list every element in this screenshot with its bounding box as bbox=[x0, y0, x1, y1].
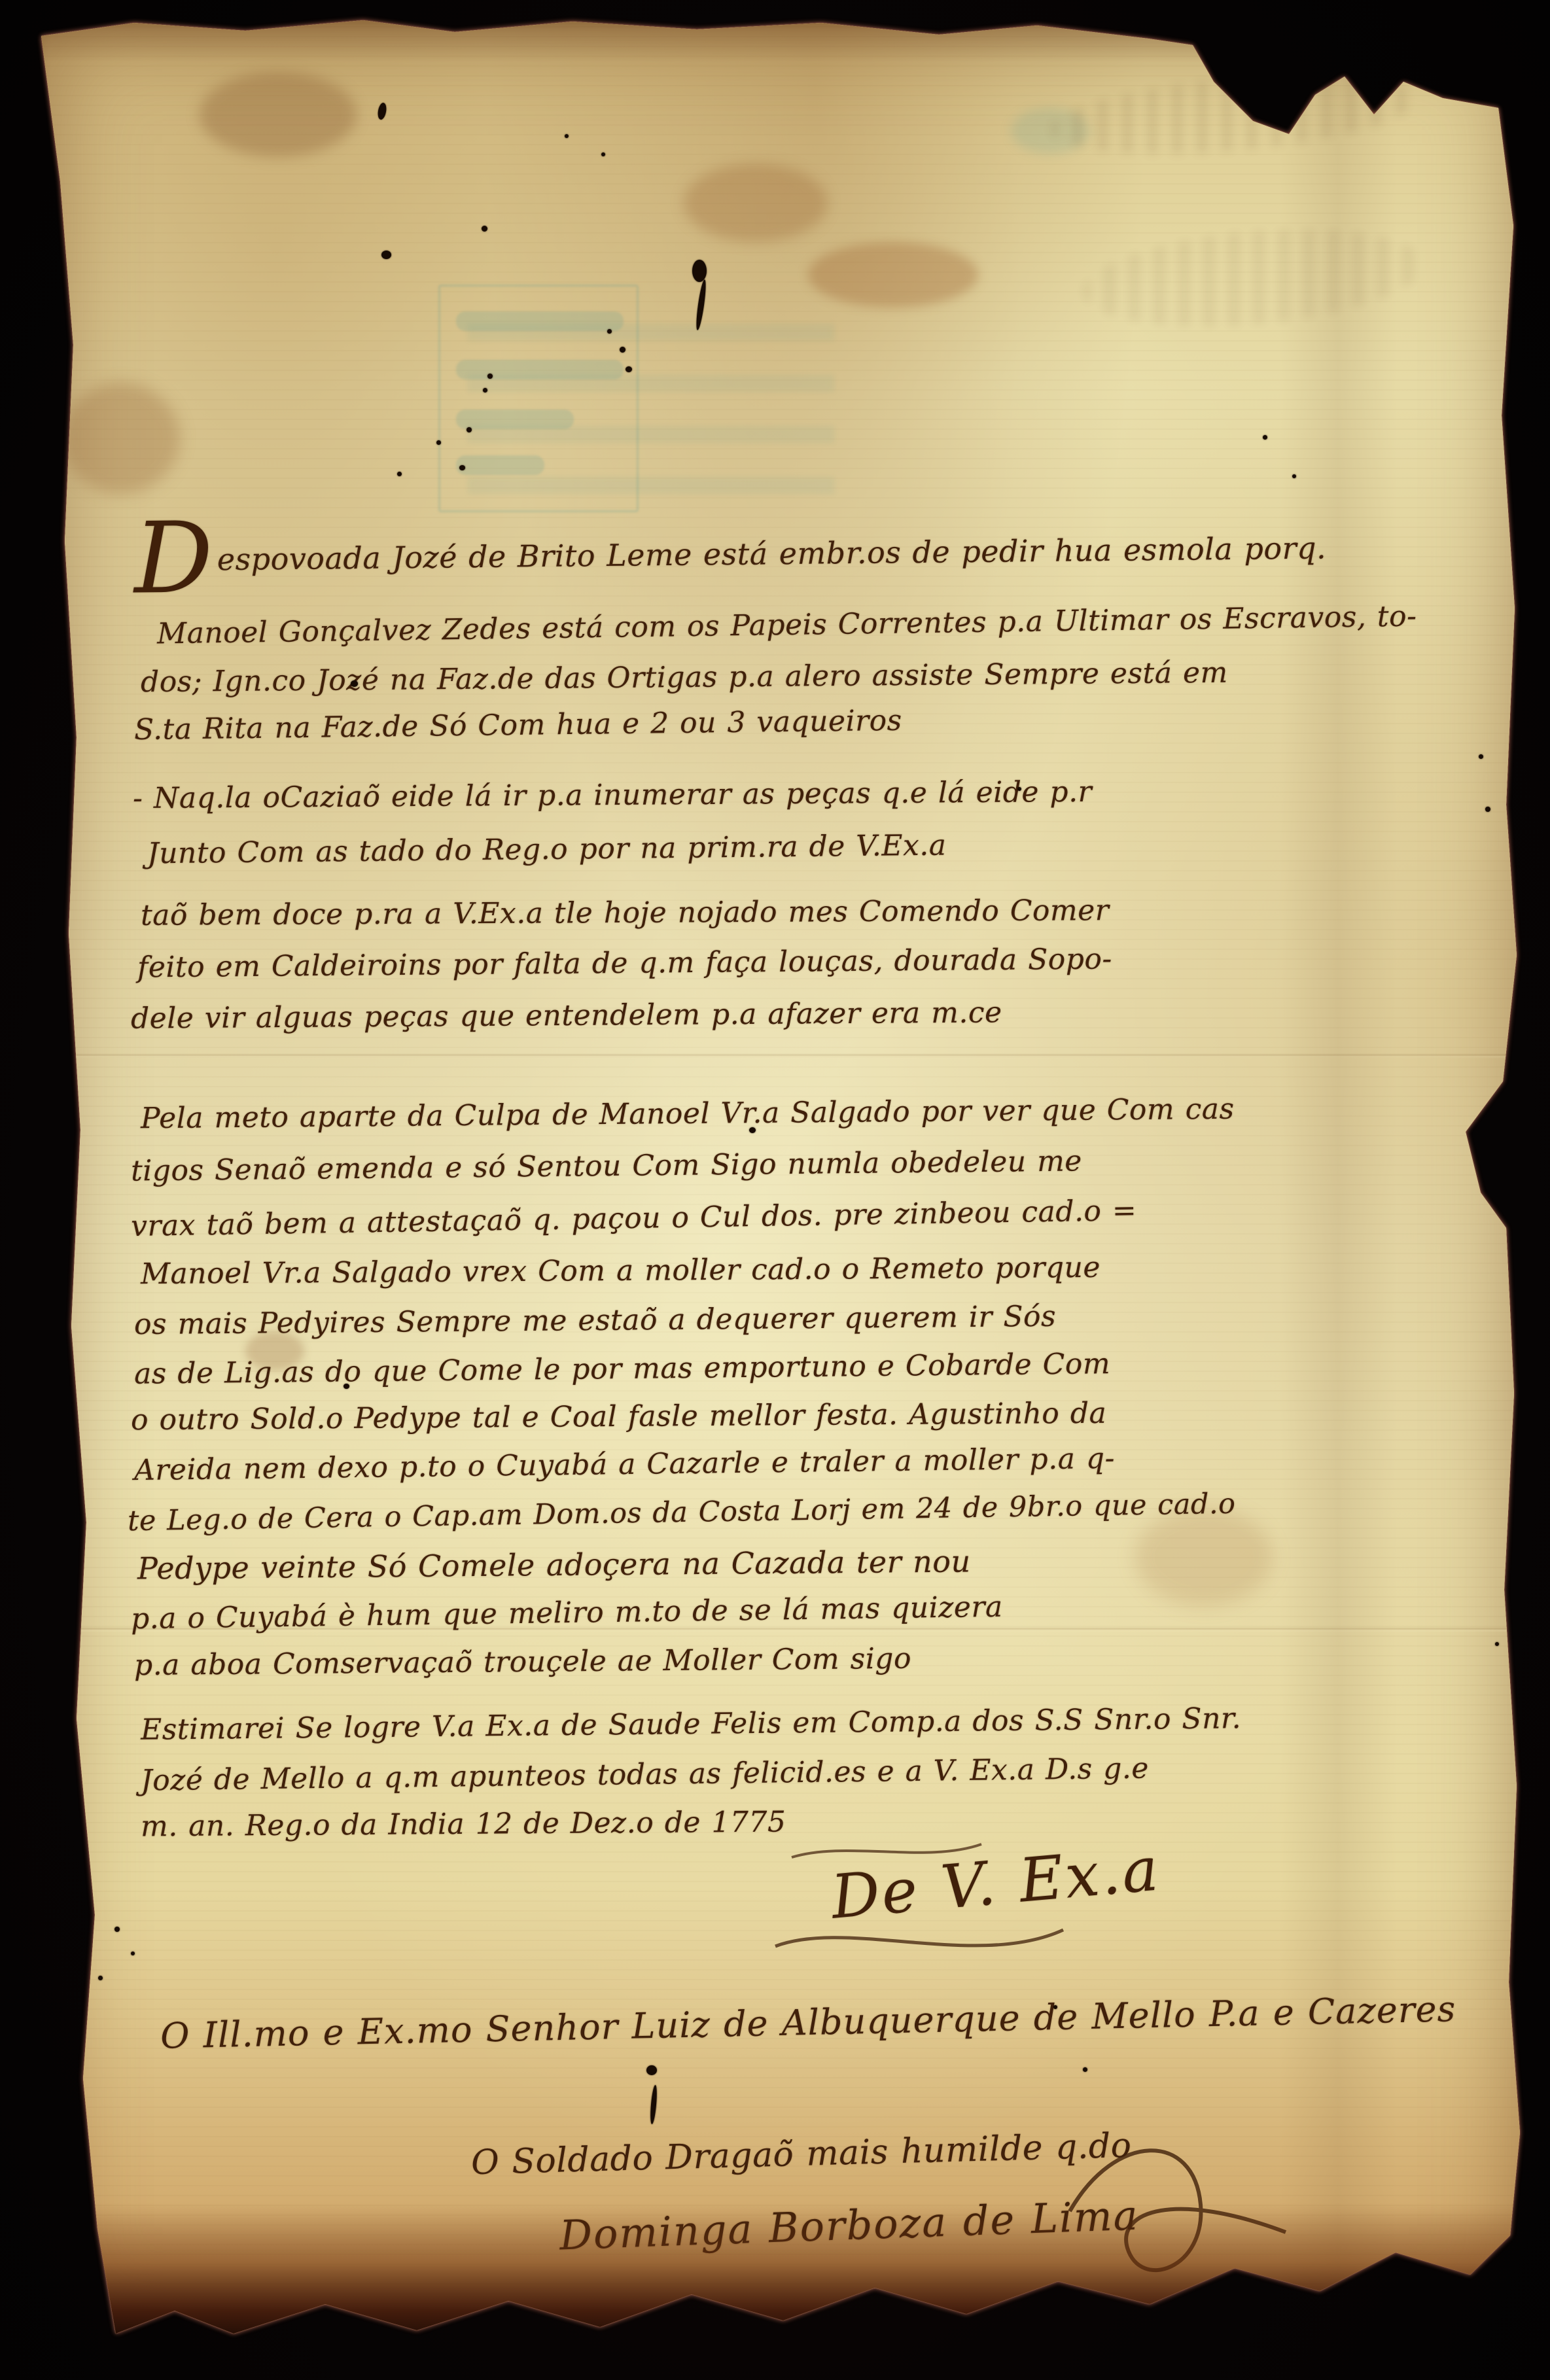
ink-blot bbox=[620, 347, 625, 353]
manuscript-line: o outro Sold.o Pedype tal e Coal fasle m… bbox=[131, 1397, 1107, 1437]
page-stain bbox=[1135, 1508, 1273, 1606]
valediction-flourish bbox=[769, 1907, 1070, 1966]
manuscript-line: Junto Com as tado do Reg.o por na prim.r… bbox=[147, 829, 947, 871]
manuscript-line: - Naq.la oCaziaõ eide lá ir p.a inumerar… bbox=[133, 775, 1092, 815]
ink-blot bbox=[377, 102, 387, 120]
page-stain bbox=[62, 383, 180, 494]
ink-blot bbox=[565, 134, 569, 138]
ink-blot bbox=[1053, 2005, 1057, 2009]
manuscript-line: taõ bem doce p.ra a V.Ex.a tle hoje noja… bbox=[141, 894, 1110, 932]
photo-background: Despovoada Jozé de Brito Leme está embr.… bbox=[0, 0, 1550, 2380]
manuscript-line: os mais Pedyires Sempre me estaõ a deque… bbox=[134, 1300, 1057, 1341]
ink-blot bbox=[487, 374, 493, 379]
manuscript-line: Despovoada Jozé de Brito Leme está embr.… bbox=[134, 530, 1327, 578]
date-flourish bbox=[788, 1836, 985, 1865]
manuscript-page: Despovoada Jozé de Brito Leme está embr.… bbox=[36, 16, 1536, 2353]
manuscript-line: S.ta Rita na Faz.de Só Com hua e 2 ou 3 … bbox=[134, 704, 902, 746]
ink-blot bbox=[483, 388, 487, 393]
manuscript-line: feito em Caldeiroins por falta de q.m fa… bbox=[137, 943, 1112, 985]
ink-blot bbox=[436, 440, 441, 445]
ink-blot bbox=[1083, 2067, 1087, 2072]
page-stain bbox=[684, 164, 828, 242]
ink-blot bbox=[646, 2065, 657, 2075]
ink-blot bbox=[649, 2085, 658, 2124]
address-line: O Ill.mo e Ex.mo Senhor Luiz de Albuquer… bbox=[160, 1988, 1456, 2056]
ink-blot bbox=[601, 152, 605, 156]
manuscript-line: te Leg.o de Cera o Cap.am Dom.os da Cost… bbox=[128, 1488, 1236, 1538]
ink-blot bbox=[1292, 474, 1296, 478]
ink-blot bbox=[381, 251, 391, 259]
stamp-bleedthrough bbox=[468, 324, 834, 520]
ink-blot bbox=[1263, 435, 1267, 440]
ink-blot bbox=[1495, 1642, 1499, 1646]
paper-wrapper: Despovoada Jozé de Brito Leme está embr.… bbox=[0, 0, 1550, 2380]
manuscript-line: dos; Ign.co Jozé na Faz.de das Ortigas p… bbox=[141, 656, 1228, 699]
ink-blot bbox=[459, 465, 465, 470]
manuscript-line: Estimarei Se logre V.a Ex.a de Saude Fel… bbox=[141, 1702, 1242, 1747]
ink-blot bbox=[343, 1384, 349, 1389]
ink-blot bbox=[1485, 807, 1490, 812]
ornate-initial: D bbox=[133, 501, 214, 616]
ink-blot bbox=[482, 226, 487, 232]
ink-blot bbox=[625, 366, 632, 372]
manuscript-line: Manoel Vr.a Salgado vrex Com a moller ca… bbox=[141, 1251, 1101, 1291]
ink-blot bbox=[749, 1127, 756, 1133]
manuscript-line: as de Lig.as do que Come le por mas empo… bbox=[134, 1347, 1111, 1391]
ink-blot bbox=[1017, 787, 1021, 791]
ink-blot bbox=[397, 472, 402, 476]
closing-line: O Soldado Dragaõ mais humilde q.do bbox=[470, 2126, 1132, 2182]
manuscript-line: Pedype veinte Só Comele adoçera na Cazad… bbox=[137, 1543, 971, 1586]
manuscript-line: dele vir alguas peças que entendelem p.a… bbox=[131, 996, 1002, 1035]
manuscript-line: Pela meto aparte da Culpa de Manoel Vr.a… bbox=[141, 1093, 1235, 1136]
ink-blot bbox=[131, 1951, 135, 1955]
page-stain bbox=[200, 72, 357, 157]
ink-blot bbox=[1479, 754, 1483, 759]
manuscript-line: Areida nem dexo p.to o Cuyabá a Cazarle … bbox=[134, 1442, 1115, 1487]
manuscript-line: tigos Senaõ emenda e só Sentou Com Sigo … bbox=[131, 1144, 1082, 1187]
top-edge-scorch bbox=[36, 16, 1536, 62]
manuscript-line: Manoel Gonçalvez Zedes está com os Papei… bbox=[157, 600, 1417, 651]
manuscript-line: Jozé de Mello a q.m apunteos todas as fe… bbox=[141, 1752, 1149, 1798]
ink-blot bbox=[114, 1927, 120, 1932]
manuscript-line: m. an. Reg.o da India 12 de Dez.o de 177… bbox=[141, 1806, 786, 1844]
manuscript-line: vrax taõ bem a attestaçaõ q. paçou o Cul… bbox=[131, 1194, 1137, 1243]
ink-blot bbox=[467, 427, 472, 432]
ink-blot bbox=[692, 260, 707, 282]
manuscript-line: p.a aboa Comservaçaõ trouçele ae Moller … bbox=[134, 1642, 911, 1682]
ink-blot bbox=[351, 680, 358, 687]
bottom-burn-shadow bbox=[36, 2203, 1536, 2353]
ink-blot bbox=[98, 1976, 103, 1980]
ink-blot bbox=[695, 279, 708, 330]
ink-blot bbox=[607, 329, 612, 334]
page-stain bbox=[808, 242, 978, 307]
